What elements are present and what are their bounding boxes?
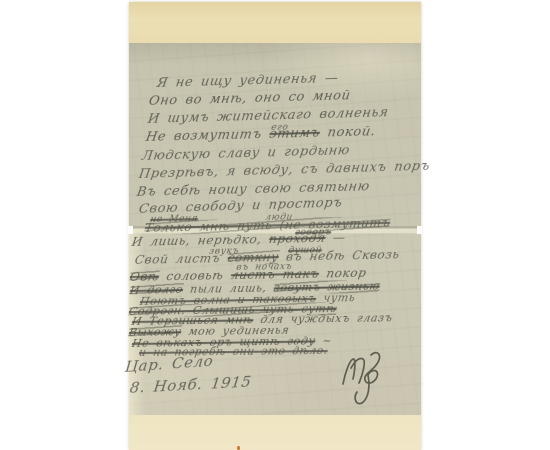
line-segment: Людскую славу и гордыню [141,143,351,164]
manuscript-line: Я не ищу уединенья — [156,71,340,91]
line-segment: въ ночахъ [235,262,292,273]
manuscript-line: Оно во мнѣ, оно со мной [148,88,352,109]
orange-speck [237,446,240,450]
line-segment: И лишь, нерѣдко, [131,232,270,249]
line-segment: И шумъ житейскаго волненья [147,105,390,127]
insert-word: люди [264,213,293,224]
paper-sheet: Я не ищу уединенья —Оно во мнѣ, оно со м… [129,2,421,450]
line-segment: покор [318,266,368,281]
manuscript-photo: Я не ищу уединенья —Оно во мнѣ, оно со м… [129,43,421,415]
insert-word: говоръ [294,227,332,238]
line-segment: люди [264,213,293,224]
photo-backdrop: Я не ищу уединенья —Оно во мнѣ, оно со м… [0,0,550,450]
line-segment: душой [287,245,322,256]
insert-word: его [270,123,289,133]
manuscript-line: И шумъ житейскаго волненья [147,105,390,127]
insert-word: звукъ [208,246,239,257]
insert-word: не Меня [149,214,198,225]
line-segment: его [270,123,289,133]
left-fold-notch [128,226,133,234]
date-line: 8. Нояб. 1915 [129,373,253,398]
line-segment: покой. [319,124,377,140]
manuscript-line: Не возмутитъ этимъ покой. [145,124,377,145]
insert-word: душой [287,245,322,256]
line-segment: Оно во мнѣ, оно со мной [148,88,352,109]
line-segment: Овѣ [129,269,160,284]
line-segment: Не возмутитъ [145,127,271,145]
insert-word: въ ночахъ [235,262,292,273]
manuscript-line: Людскую славу и гордыню [141,143,351,164]
right-fold-notch [417,226,422,234]
line-segment: не Меня [149,214,198,225]
line-segment: Я не ищу уединенья — [156,71,340,91]
line-segment: соловьѣ [158,268,232,283]
line-segment: звукъ [208,246,239,257]
signature-flourish [336,348,396,408]
line-segment: говоръ [294,227,332,238]
